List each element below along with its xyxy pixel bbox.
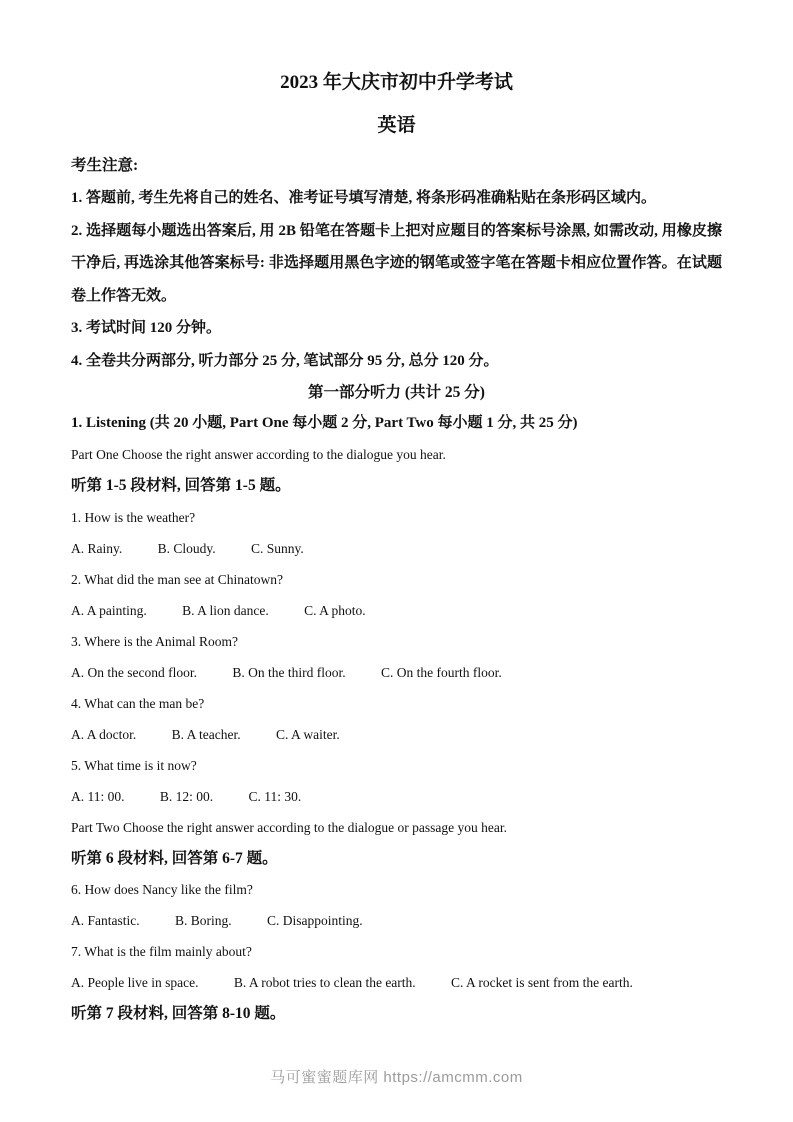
notice-item-1: 1. 答题前, 考生先将自己的姓名、准考证号填写清楚, 将条形码准确粘贴在条形码… — [71, 182, 722, 215]
question-2-options: A. A painting. B. A lion dance. C. A pho… — [71, 595, 722, 626]
question-3-text: 3. Where is the Animal Room? — [71, 626, 722, 657]
question-7-option-a: A. People live in space. — [71, 975, 198, 990]
question-2-option-a: A. A painting. — [71, 603, 147, 618]
notice-heading: 考生注意: — [71, 150, 722, 182]
notice-item-4: 4. 全卷共分两部分, 听力部分 25 分, 笔试部分 95 分, 总分 120… — [71, 345, 722, 378]
question-2-option-c: C. A photo. — [304, 603, 366, 618]
question-1-option-c: C. Sunny. — [251, 541, 304, 556]
question-1-text: 1. How is the weather? — [71, 502, 722, 533]
question-7-options: A. People live in space. B. A robot trie… — [71, 967, 722, 998]
question-5-text: 5. What time is it now? — [71, 750, 722, 781]
question-6-option-c: C. Disappointing. — [267, 913, 363, 928]
question-5-options: A. 11: 00. B. 12: 00. C. 11: 30. — [71, 781, 722, 812]
part-one-instruction: Part One Choose the right answer accordi… — [71, 439, 722, 470]
subject-title: 英语 — [71, 113, 722, 139]
notice-item-3: 3. 考试时间 120 分钟。 — [71, 312, 722, 345]
question-5-option-c: C. 11: 30. — [249, 789, 302, 804]
notice-item-2: 2. 选择题每小题选出答案后, 用 2B 铅笔在答题卡上把对应题目的答案标号涂黑… — [71, 215, 722, 313]
question-6-text: 6. How does Nancy like the film? — [71, 874, 722, 905]
question-1-option-b: B. Cloudy. — [158, 541, 216, 556]
section-heading-listening: 第一部分听力 (共计 25 分) — [71, 377, 722, 408]
question-6-option-a: A. Fantastic. — [71, 913, 140, 928]
question-7-text: 7. What is the film mainly about? — [71, 936, 722, 967]
question-2-text: 2. What did the man see at Chinatown? — [71, 564, 722, 595]
question-5-option-b: B. 12: 00. — [160, 789, 213, 804]
question-6-options: A. Fantastic. B. Boring. C. Disappointin… — [71, 905, 722, 936]
part-two-instruction: Part Two Choose the right answer accordi… — [71, 812, 722, 843]
question-5-option-a: A. 11: 00. — [71, 789, 125, 804]
question-3-option-c: C. On the fourth floor. — [381, 665, 502, 680]
watermark-footer: 马可蜜蜜题库网 https://amcmm.com — [0, 1066, 793, 1087]
material-heading-8-10: 听第 7 段材料, 回答第 8-10 题。 — [71, 998, 722, 1030]
question-3-option-a: A. On the second floor. — [71, 665, 197, 680]
question-4-option-b: B. A teacher. — [172, 727, 241, 742]
question-4-option-a: A. A doctor. — [71, 727, 136, 742]
question-3-options: A. On the second floor. B. On the third … — [71, 657, 722, 688]
question-6-option-b: B. Boring. — [175, 913, 232, 928]
page-title: 2023 年大庆市初中升学考试 — [71, 70, 722, 96]
question-4-option-c: C. A waiter. — [276, 727, 340, 742]
question-7-option-c: C. A rocket is sent from the earth. — [451, 975, 633, 990]
question-4-options: A. A doctor. B. A teacher. C. A waiter. — [71, 719, 722, 750]
listening-heading: 1. Listening (共 20 小题, Part One 每小题 2 分,… — [71, 408, 722, 439]
question-2-option-b: B. A lion dance. — [182, 603, 269, 618]
exam-paper-page: 2023 年大庆市初中升学考试 英语 考生注意: 1. 答题前, 考生先将自己的… — [0, 0, 793, 1122]
question-7-option-b: B. A robot tries to clean the earth. — [234, 975, 416, 990]
material-heading-1-5: 听第 1-5 段材料, 回答第 1-5 题。 — [71, 470, 722, 502]
question-1-option-a: A. Rainy. — [71, 541, 122, 556]
question-3-option-b: B. On the third floor. — [232, 665, 345, 680]
question-1-options: A. Rainy. B. Cloudy. C. Sunny. — [71, 533, 722, 564]
material-heading-6-7: 听第 6 段材料, 回答第 6-7 题。 — [71, 843, 722, 875]
question-4-text: 4. What can the man be? — [71, 688, 722, 719]
